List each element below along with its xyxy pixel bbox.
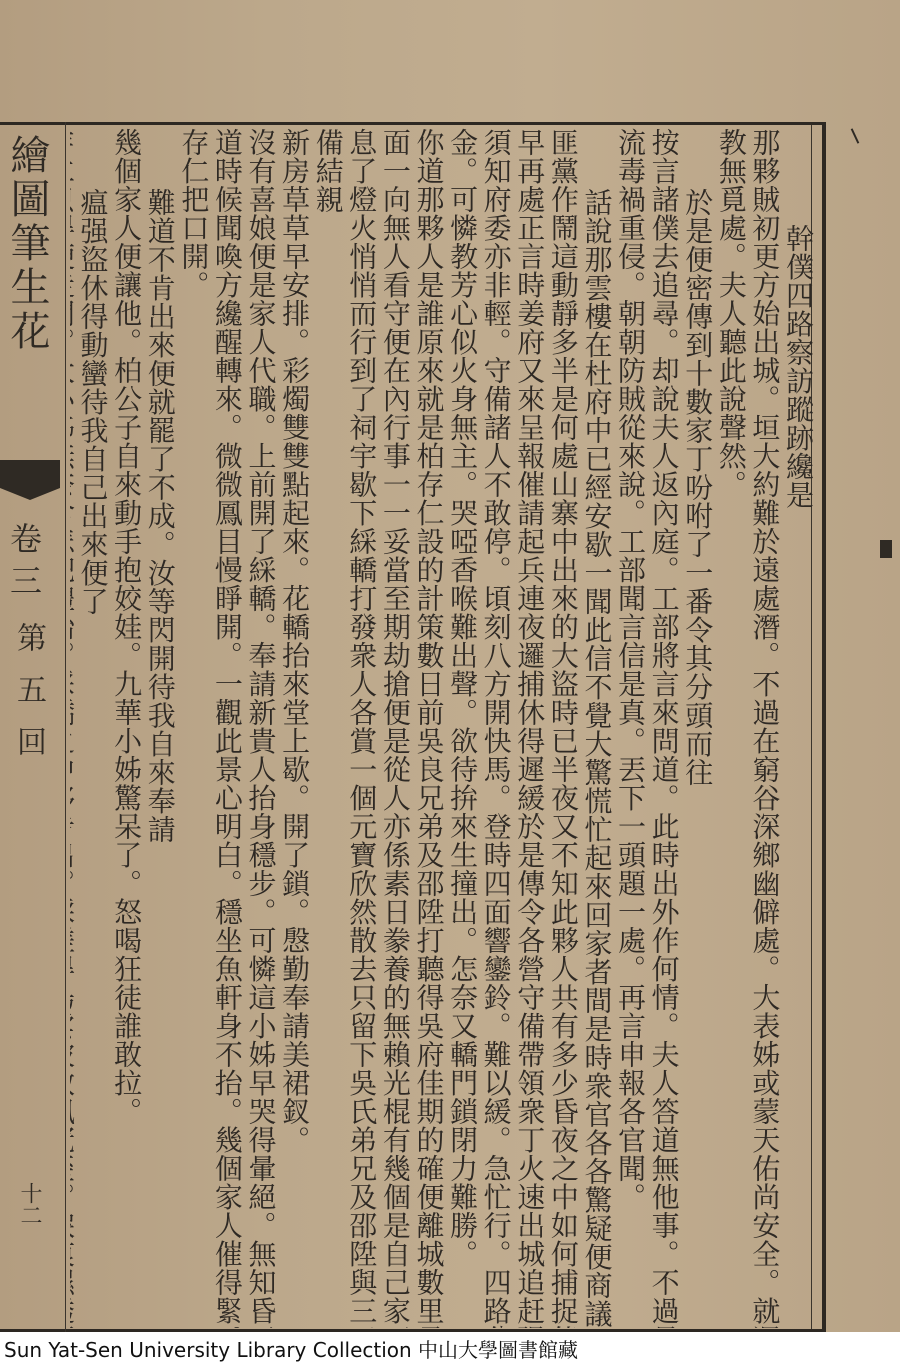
text-column: 按言諸僕去追尋。却說夫人返內庭。工部將言來問道。此時出外作何情。夫人答道無他事。…: [647, 128, 681, 1328]
text-column: 那夥賊初更方始出城。垣大約難於遠處潛。不過在窮谷深鄉幽僻處。大表姊或蒙天佑尚安全…: [748, 128, 782, 1328]
volume-label: 卷三: [4, 522, 44, 606]
text-column: 金。可憐教芳心似火身無主。哭啞香喉難出聲。欲待拚來生撞出。怎奈又轎門鎖閉力難勝。: [445, 128, 479, 1328]
page-gutter: 繪圖筆生花 卷三 第五回 十二: [0, 122, 66, 1332]
fish-tail-mark-icon: [0, 460, 60, 500]
page-number: 十二: [14, 1182, 45, 1226]
text-column: 備結親: [311, 128, 345, 1328]
library-caption: Sun Yat-Sen University Library Collectio…: [0, 1332, 900, 1368]
book-title: 繪圖筆生花: [0, 134, 54, 354]
text-column: 新房草草早安排。彩燭雙雙點起來。花轎抬來堂上歇。開了鎖。慇勤奉請美裙釵。: [278, 128, 312, 1328]
text-column: 幾個家人便讓他。柏公子自來動手抱姣娃。九華小姊驚呆了。怒喝狂徒誰敢拉。: [110, 128, 144, 1328]
text-column: 於是便密傳到十數家丁吩咐了一番令其分頭而往: [681, 128, 715, 1328]
scanned-book-page: 繪圖筆生花 卷三 第五回 十二 幹僕四路察訪蹤跡纔是那夥賊初更方始出城。垣大約難…: [0, 0, 900, 1332]
text-column: 存仁把口開。: [177, 128, 211, 1328]
text-column: 幹僕四路察訪蹤跡纔是: [781, 128, 815, 1328]
text-column: 存仁只得便走開。大小姊無奈含悲把體抬。綵轎之中移步出。採搓得烏雲披散鳳冠歪。淚痕…: [70, 128, 76, 1328]
text-column: 沒有喜娘便是家人代職。上前開了綵轎。奉請新貴人抬身穩步。可憐這小姊早哭得暈絕。無…: [244, 128, 278, 1328]
vertical-text-body: 幹僕四路察訪蹤跡纔是那夥賊初更方始出城。垣大約難於遠處潛。不過在窮谷深鄉幽僻處。…: [70, 128, 815, 1328]
text-column: 教無覓處。夫人聽此說聲然。: [714, 128, 748, 1328]
text-column: 話說那雲樓在杜府中已經安歇一聞此信不覺大驚慌忙起來回家者間是時衆官各各驚疑便商議…: [580, 128, 614, 1328]
text-column: 流毒禍重侵。朝朝防賊從來說。工部聞言信是真。丟下一頭題一處。再言申報各官聞。: [613, 128, 647, 1328]
text-column: 瘟强盜休得動蠻待我自己出來便了: [76, 128, 110, 1328]
text-column: 須知府委亦非輕。守備諸人不敢停。頃刻八方開快馬。登時四面響鑾鈴。難以緩。急忙行。…: [479, 128, 513, 1328]
text-column: 早再處正言時姜府又來呈報催請起兵連夜邏捕休得遲緩於是傳令各營守備帶領衆丁火速出城…: [513, 128, 547, 1328]
margin-mark-icon: [851, 128, 860, 143]
text-column: 匪黨作鬧這動靜多半是何處山寨中出來的大盜時已半夜又不知此夥人共有多少昏夜之中如何…: [546, 128, 580, 1328]
text-column: 道時候聞喚方纔醒轉來。微微鳳目慢睜開。一觀此景心明白。穩坐魚軒身不抬。幾個家人催…: [210, 128, 244, 1328]
text-column: 你道那夥人是誰原來就是柏存仁設的計策數日前吳良兄弟及邵陞打聽得吳府佳期的確便離城…: [412, 128, 446, 1328]
text-column: 面一向無人看守便在內行事一一妥當至期劫搶便是從人亦係素日豢養的無賴光棍有幾個是自…: [378, 128, 412, 1328]
text-column: 息了燈火悄悄而行到了祠宇歇下綵轎打發衆人各賞一個元寶欣然散去只留下吳氏弟兄及邵陞…: [345, 128, 379, 1328]
chapter-label: 第五回: [8, 622, 48, 778]
text-column: 難道不肯出來便就罷了不成。汝等閃開待我自來奉請: [143, 128, 177, 1328]
margin-blot-icon: [880, 540, 892, 558]
